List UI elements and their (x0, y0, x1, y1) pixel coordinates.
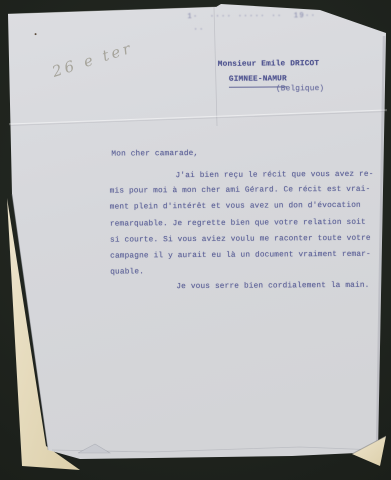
recipient-country: (Belgique) (276, 85, 324, 94)
pencil-annotation: 26 e ter (50, 39, 135, 81)
paper-speck (35, 33, 37, 35)
body-line-7: quable. (110, 268, 144, 277)
body-line-6: campagne il y aurait eu là un document v… (110, 251, 371, 262)
salutation: Mon cher camarade, (111, 150, 198, 160)
body-line-2: mis pour moi à mon cher ami Gérard. Ce r… (110, 186, 371, 197)
recipient-name: Monsieur Emile DRICOT (218, 60, 319, 70)
faint-marks: ·· (194, 26, 205, 35)
body-line-5: si courte. Si vous aviez voulu me racont… (110, 235, 371, 246)
body-line-1: J'ai bien reçu le récit que vous avez re… (176, 171, 374, 181)
closing-line: Je vous serre bien cordialement la main. (176, 282, 369, 292)
letter-text-layer: 1· ···· ····· ·· 19·· ·· 26 e ter Monsie… (0, 0, 391, 480)
scanned-letter: 1· ···· ····· ·· 19·· ·· 26 e ter Monsie… (0, 0, 391, 480)
body-line-4: remarquable. Je regrette bien que votre … (110, 219, 366, 230)
faint-typed-date: 1· ···· ····· ·· 19·· (187, 12, 316, 22)
body-line-3: ment plein d'intérêt et vous avez un don… (110, 202, 361, 213)
